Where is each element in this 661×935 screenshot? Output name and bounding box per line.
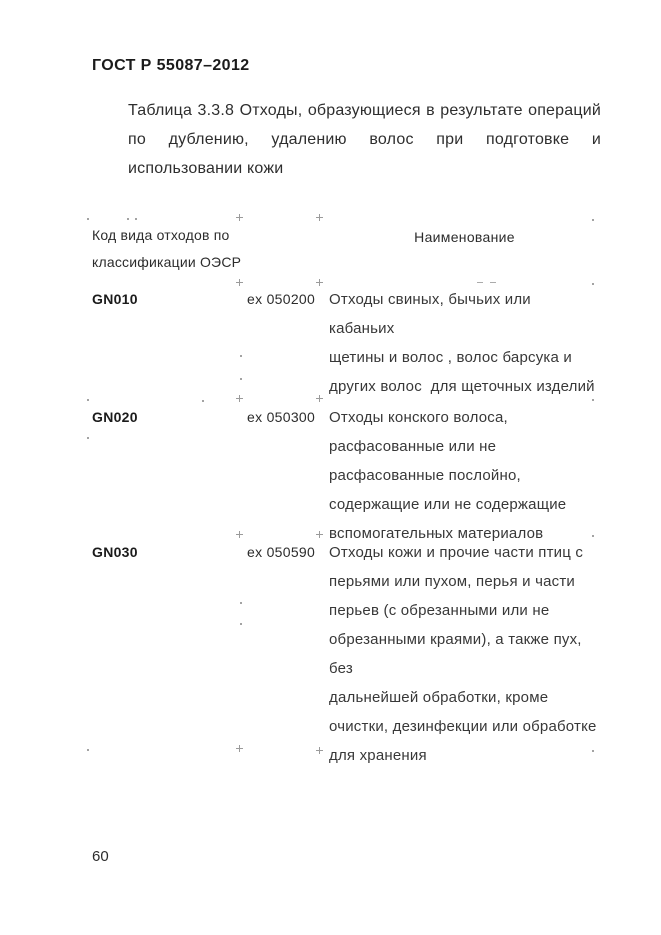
column-header-spacer bbox=[247, 222, 329, 276]
table-row: GN010 ex 050200 Отходы свиных, бычьих ил… bbox=[92, 285, 600, 401]
scan-artifact bbox=[316, 395, 323, 402]
waste-code: GN030 bbox=[92, 538, 247, 770]
column-header-waste-code: Код вида отходов по классификации ОЭСР bbox=[92, 222, 247, 276]
standard-number-heading: ГОСТ Р 55087–2012 bbox=[92, 57, 250, 75]
scan-artifact bbox=[240, 602, 242, 604]
scan-artifact bbox=[240, 355, 242, 357]
ex-code: ex 050300 bbox=[247, 403, 329, 548]
scan-artifact bbox=[236, 214, 243, 221]
table-row: GN030 ex 050590 Отходы кожи и прочие час… bbox=[92, 538, 600, 770]
waste-code: GN020 bbox=[92, 403, 247, 548]
ex-code: ex 050590 bbox=[247, 538, 329, 770]
table-caption: Таблица 3.3.8 Отходы, образующиеся в рез… bbox=[128, 96, 601, 183]
scan-artifact bbox=[87, 218, 89, 220]
scan-artifact bbox=[592, 219, 594, 221]
scan-artifact bbox=[202, 400, 204, 402]
scan-artifact bbox=[433, 533, 435, 535]
scan-artifact bbox=[316, 531, 323, 538]
scan-artifact bbox=[592, 283, 594, 285]
scan-artifact bbox=[240, 623, 242, 625]
scan-artifact bbox=[87, 749, 89, 751]
waste-description: Отходы кожи и прочие части птиц с перьям… bbox=[329, 538, 600, 770]
scan-artifact bbox=[240, 378, 242, 380]
scan-artifact bbox=[316, 747, 323, 754]
scan-artifact bbox=[135, 218, 137, 220]
table-row: GN020 ex 050300 Отходы конского волоса, … bbox=[92, 403, 600, 548]
scan-artifact bbox=[316, 214, 323, 221]
scan-artifact bbox=[490, 282, 496, 283]
scan-artifact bbox=[87, 437, 89, 439]
table-caption-line: по дублению, удалению волос при подготов… bbox=[128, 125, 601, 154]
page-number: 60 bbox=[92, 848, 109, 865]
scan-artifact bbox=[236, 531, 243, 538]
scan-artifact bbox=[592, 535, 594, 537]
table-caption-line: Таблица 3.3.8 Отходы, образующиеся в рез… bbox=[128, 96, 601, 125]
scan-artifact bbox=[87, 399, 89, 401]
waste-description: Отходы свиных, бычьих или кабаньих щетин… bbox=[329, 285, 600, 401]
table-caption-line: использовании кожи bbox=[128, 154, 601, 183]
scan-artifact bbox=[592, 399, 594, 401]
table-header-row: Код вида отходов по классификации ОЭСР Н… bbox=[92, 222, 600, 276]
scan-artifact bbox=[316, 279, 323, 286]
ex-code: ex 050200 bbox=[247, 285, 329, 401]
scan-artifact bbox=[236, 395, 243, 402]
waste-description: Отходы конского волоса, расфасованные ил… bbox=[329, 403, 600, 548]
waste-code: GN010 bbox=[92, 285, 247, 401]
scan-artifact bbox=[127, 218, 129, 220]
scan-artifact bbox=[236, 745, 243, 752]
scan-artifact bbox=[592, 750, 594, 752]
scan-artifact bbox=[236, 279, 243, 286]
scan-artifact bbox=[477, 282, 483, 283]
column-header-name: Наименование bbox=[329, 222, 600, 276]
document-page: ГОСТ Р 55087–2012 Таблица 3.3.8 Отходы, … bbox=[0, 0, 661, 935]
